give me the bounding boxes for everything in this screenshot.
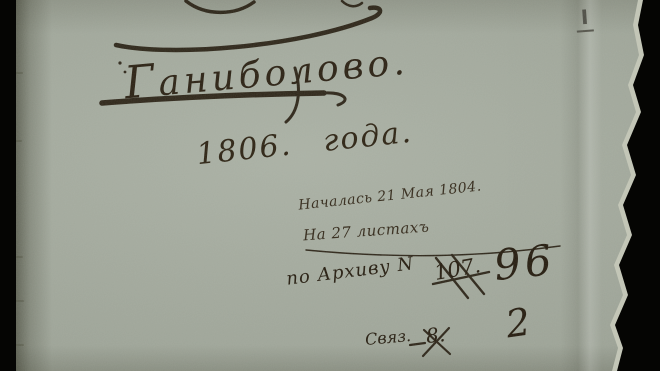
spine-stitch-mark [14, 256, 23, 258]
archive-number-new: 96 [492, 235, 558, 290]
pencil-folio-numeral: I [575, 4, 594, 32]
bundle-number-new: 2 [503, 300, 533, 347]
title-handwriting: Ганиболово. [122, 32, 410, 110]
archive-number-old-struck: 107. [432, 253, 482, 285]
bundle-label: Связ. [364, 326, 411, 349]
year-handwriting: 1806. года. [195, 115, 415, 172]
spine-stitch-mark [13, 140, 22, 142]
document-photo: Ганиболово. 1806. года. Началась 21 Мая … [0, 0, 660, 371]
manuscript-cover-page: Ганиболово. 1806. года. Началась 21 Мая … [0, 0, 660, 371]
spine-stitch-mark [15, 344, 24, 346]
bundle-number-old-struck: 8. [425, 322, 446, 348]
archive-number-prefix: по Архиву N [285, 253, 415, 289]
started-note-handwriting: Началась 21 Мая 1804. [298, 178, 483, 213]
sheets-note-handwriting: На 27 листахъ [303, 218, 430, 245]
spine-stitch-mark [14, 72, 23, 74]
spine-stitch-mark [15, 300, 24, 302]
